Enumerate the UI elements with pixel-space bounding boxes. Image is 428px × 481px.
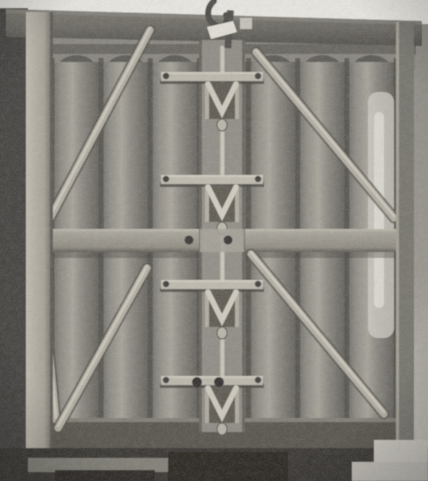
- photo-canvas: [0, 0, 428, 481]
- vignette: [0, 0, 428, 481]
- photograph-crate-of-cylinders: [0, 0, 428, 481]
- film-grain-overlay: [0, 0, 428, 481]
